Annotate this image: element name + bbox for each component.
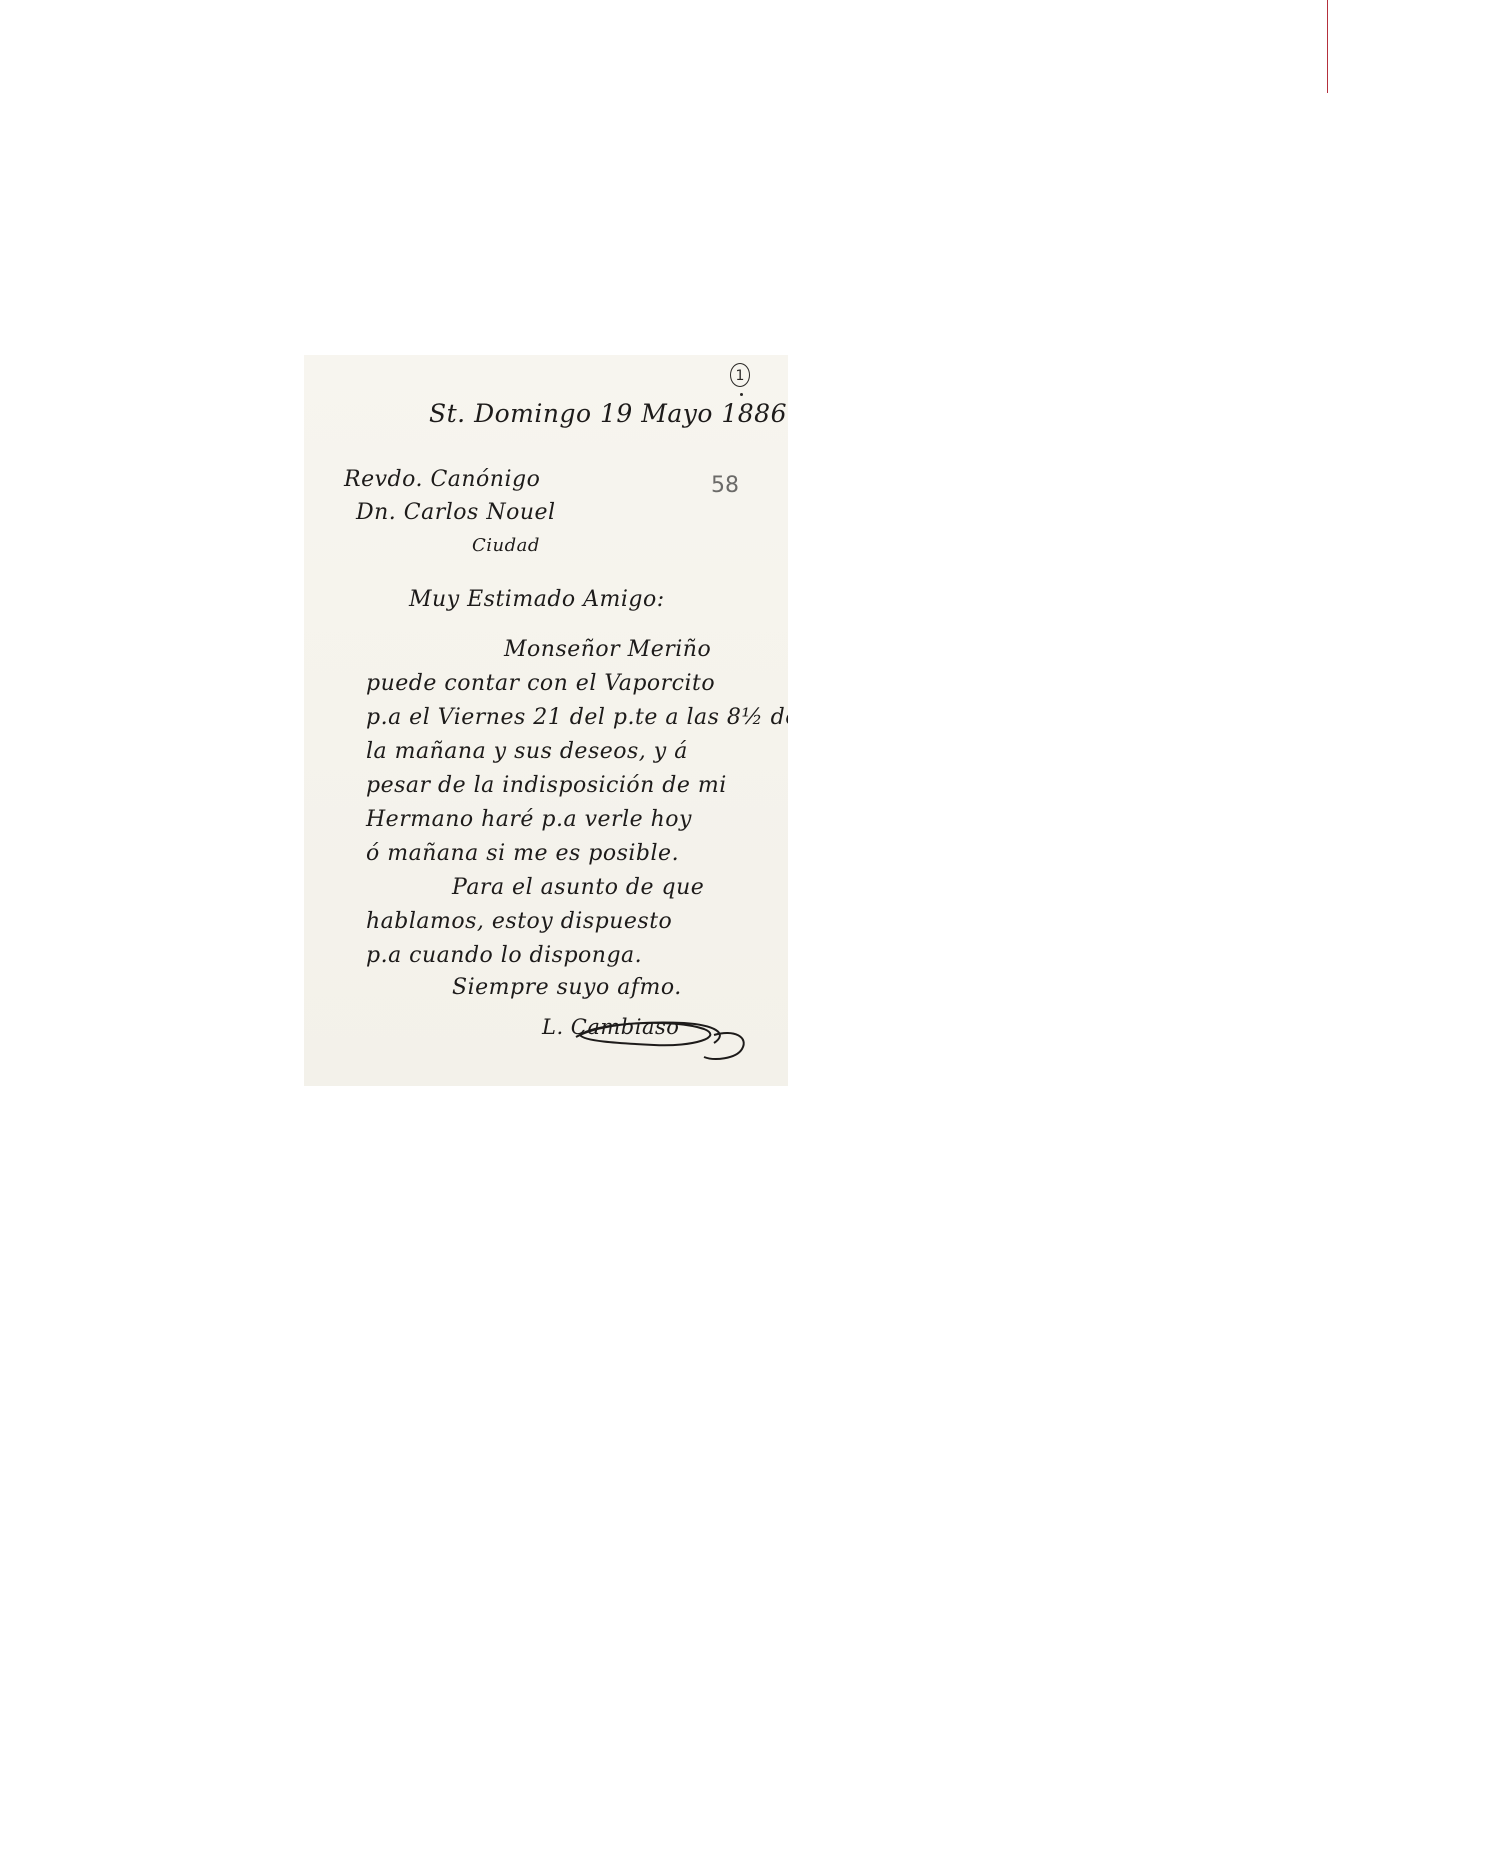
body-line: ó mañana si me es posible. bbox=[366, 841, 679, 866]
recipient-line-1: Revdo. Canónigo bbox=[344, 467, 540, 492]
archive-number: 58 bbox=[711, 473, 739, 498]
signature-flourish-icon bbox=[564, 985, 764, 1065]
folio-mark: 1 bbox=[730, 363, 750, 387]
place-date: St. Domingo 19 Mayo 1886 bbox=[429, 399, 787, 428]
folio-dot bbox=[740, 393, 743, 396]
margin-rule bbox=[1327, 0, 1328, 93]
body-line: p.a el Viernes 21 del p.te a las 8½ de bbox=[366, 705, 788, 730]
letter-scan: 1 St. Domingo 19 Mayo 1886 Revdo. Canóni… bbox=[304, 355, 788, 1086]
salutation: Muy Estimado Amigo: bbox=[409, 587, 665, 612]
body-line: pesar de la indisposición de mi bbox=[366, 773, 727, 798]
body-line: Hermano haré p.a verle hoy bbox=[366, 807, 692, 832]
body-line: Monseñor Meriño bbox=[504, 637, 711, 662]
recipient-line-3: Ciudad bbox=[472, 535, 540, 556]
body-line: Para el asunto de que bbox=[452, 875, 704, 900]
body-line: hablamos, estoy dispuesto bbox=[366, 909, 672, 934]
body-line: la mañana y sus deseos, y á bbox=[366, 739, 688, 764]
body-line: puede contar con el Vaporcito bbox=[366, 671, 715, 696]
body-line: p.a cuando lo disponga. bbox=[366, 943, 642, 968]
recipient-line-2: Dn. Carlos Nouel bbox=[356, 500, 556, 525]
